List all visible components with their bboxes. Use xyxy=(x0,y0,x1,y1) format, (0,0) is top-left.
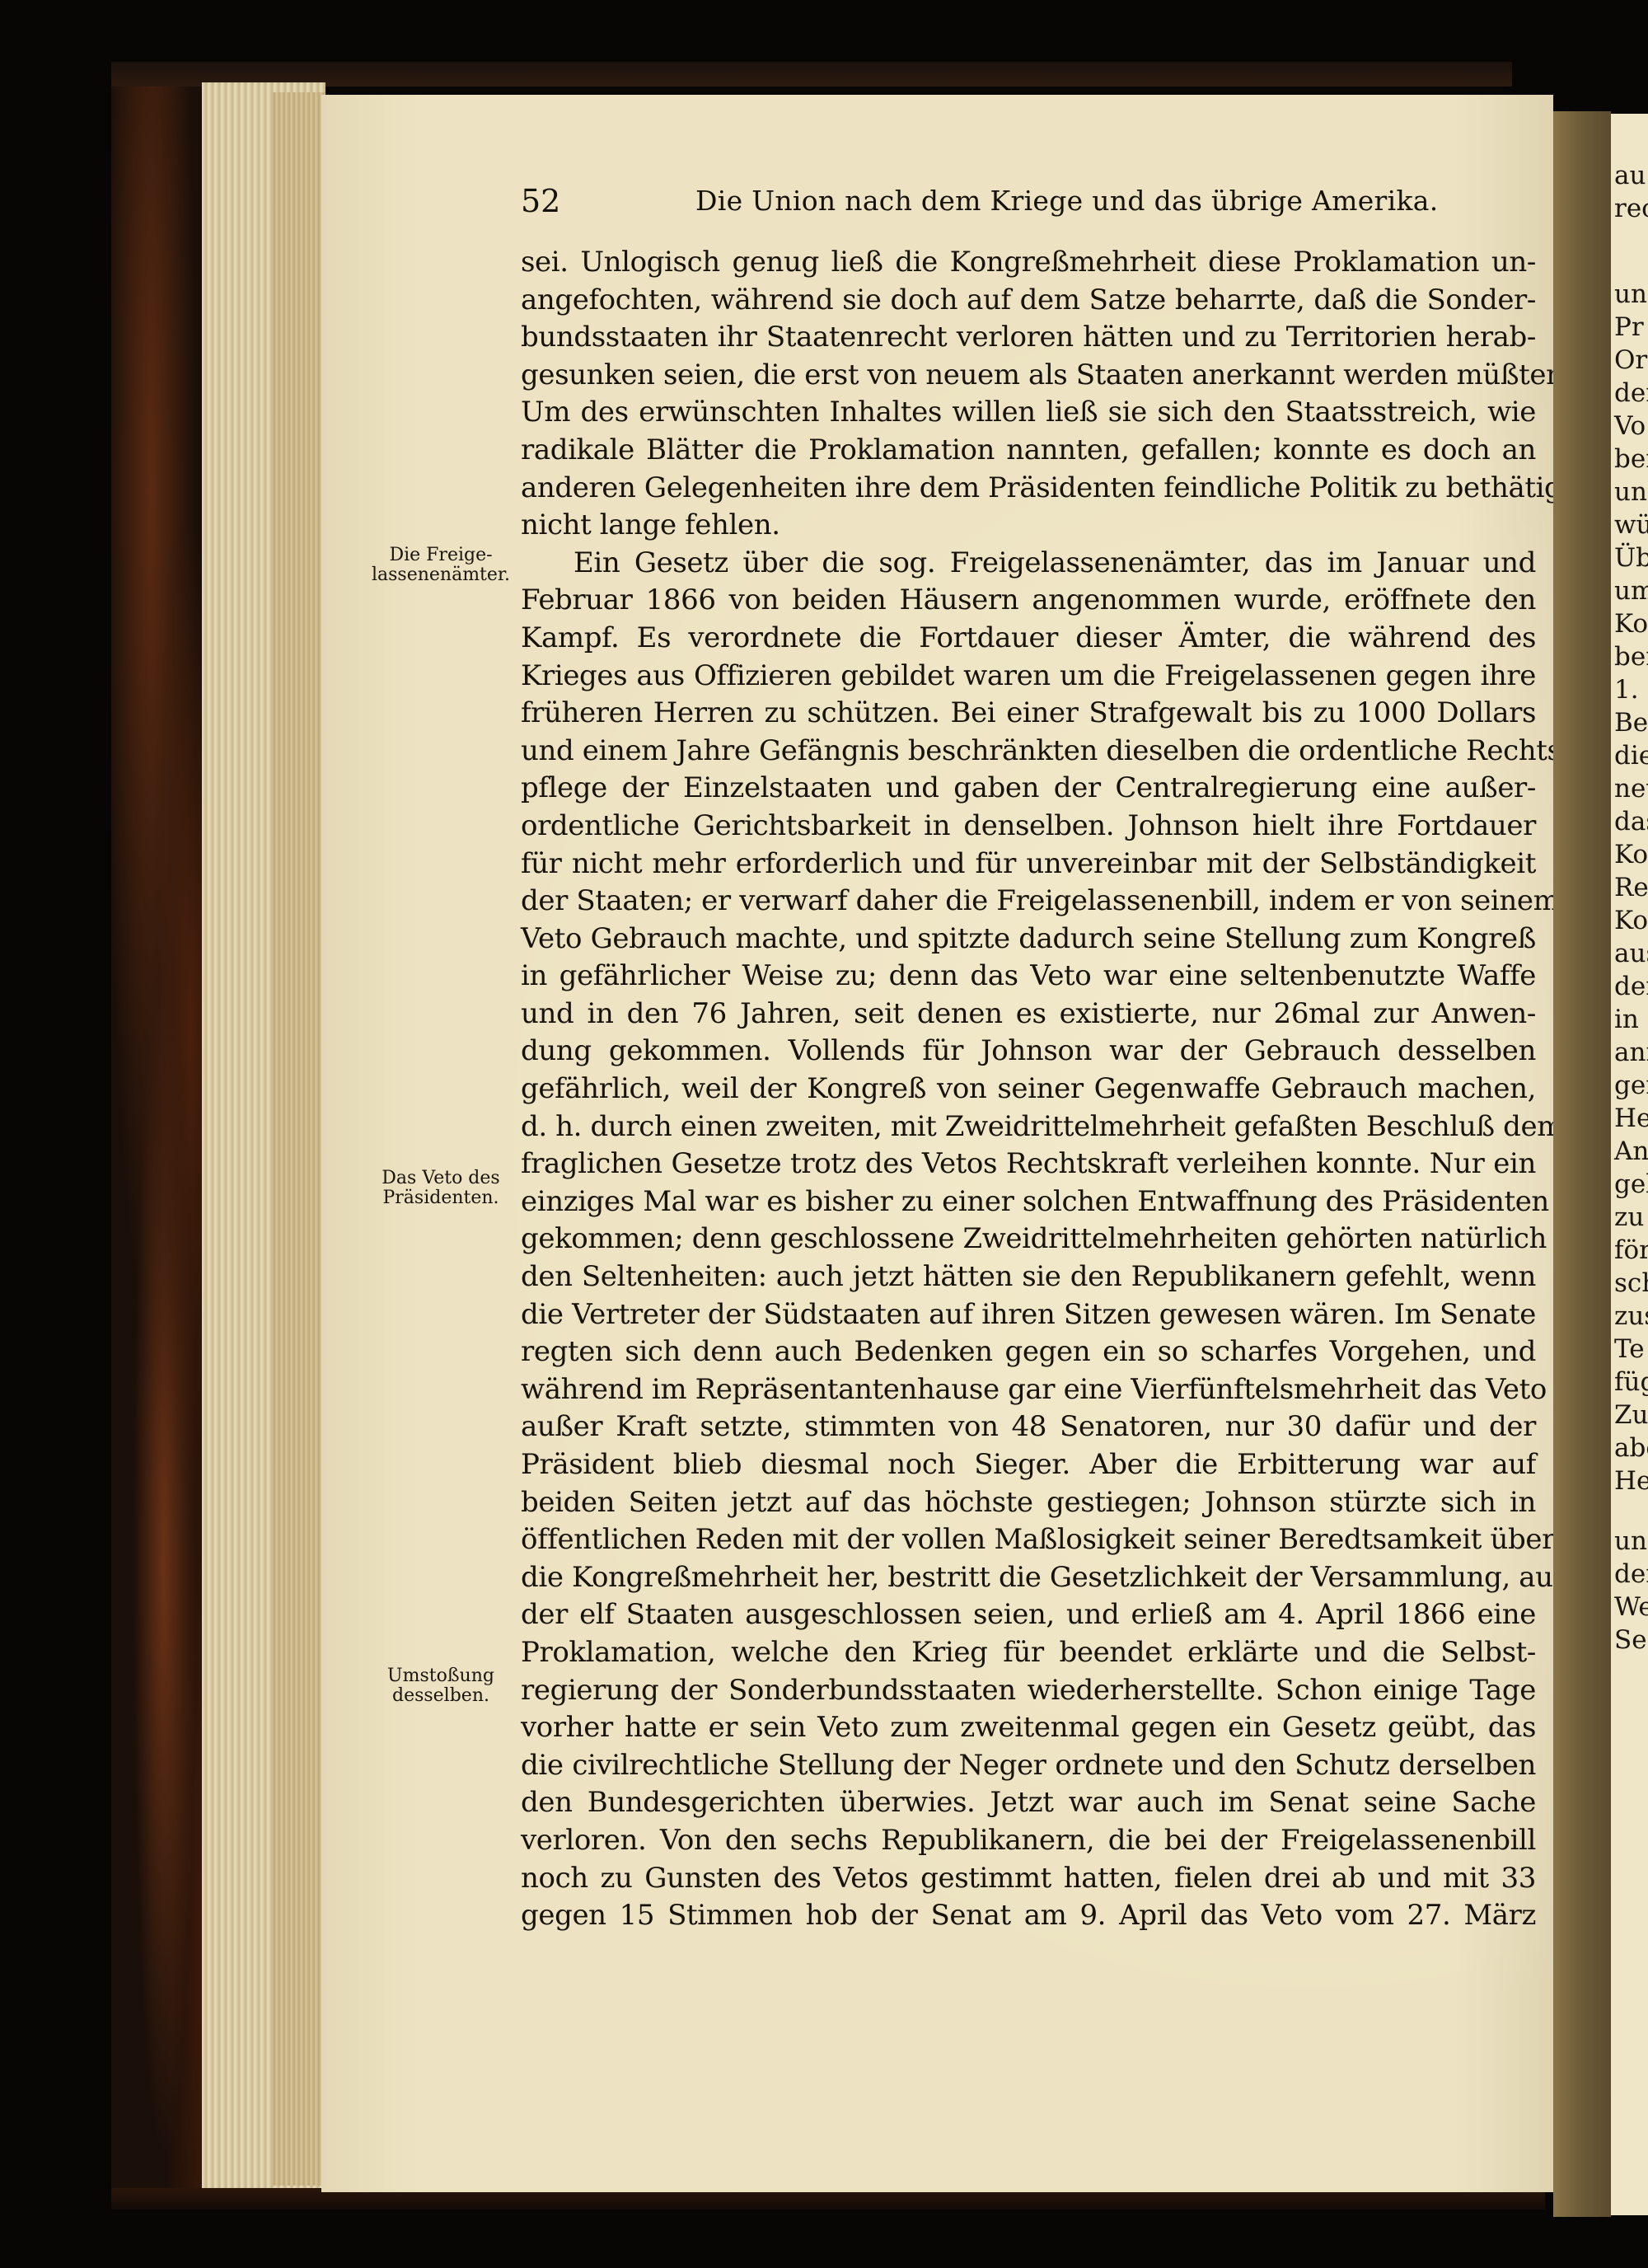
facing-page-text-fragment: Te xyxy=(1614,1337,1645,1362)
facing-page-text-fragment: Pr xyxy=(1614,315,1644,340)
text-line: ordentliche Gerichtsbarkeit in denselben… xyxy=(521,808,1536,846)
text-line: der elf Staaten ausgeschlossen seien, un… xyxy=(521,1596,1536,1634)
text-line: anderen Gelegenheiten ihre dem Präsident… xyxy=(521,470,1536,508)
text-line: für nicht mehr erforderlich und für unve… xyxy=(521,846,1536,883)
facing-page-text-fragment: die xyxy=(1614,743,1648,769)
text-line: öffentlichen Reden mit der vollen Maßlos… xyxy=(521,1521,1536,1559)
text-line: Veto Gebrauch machte, und spitzte dadurc… xyxy=(521,921,1536,958)
margin-note-line: Umstoßung xyxy=(363,1666,519,1686)
facing-page-fragment: aurecunPrOrderVoberunwüÜbumKober1. LBedi… xyxy=(1611,114,1648,2215)
running-title: Die Union nach dem Kriege und das übrige… xyxy=(695,185,1439,217)
text-line: früheren Herren zu schützen. Bei einer S… xyxy=(521,695,1536,733)
text-line: angefochten, während sie doch auf dem Sa… xyxy=(521,282,1536,320)
text-line: Kampf. Es verordnete die Fortdauer diese… xyxy=(521,620,1536,658)
text-line: Krieges aus Offizieren gebildet waren um… xyxy=(521,658,1536,696)
facing-page-text-fragment: 1. L xyxy=(1614,677,1648,703)
facing-page-text-fragment: ber xyxy=(1614,644,1648,670)
facing-page-text-fragment: zus xyxy=(1614,1304,1648,1329)
facing-page-text-fragment: sche xyxy=(1614,1271,1648,1296)
facing-page-text-fragment: ber xyxy=(1614,447,1648,472)
text-line-paragraph-start: Ein Gesetz über die sog. Freigelassenenä… xyxy=(521,545,1536,583)
facing-page-text-fragment: der xyxy=(1614,381,1648,406)
facing-page-text-fragment: geb xyxy=(1614,1172,1648,1197)
facing-page-text-fragment: der xyxy=(1614,974,1648,1000)
facing-page-text-fragment: Zu xyxy=(1614,1403,1648,1428)
text-line: noch zu Gunsten des Vetos gestimmt hatte… xyxy=(521,1860,1536,1898)
text-line: fraglichen Gesetze trotz des Vetos Recht… xyxy=(521,1146,1536,1183)
page-block-edges xyxy=(202,82,325,2192)
text-line: und einem Jahre Gefängnis beschränkten d… xyxy=(521,733,1536,771)
text-line: Um des erwünschten Inhaltes willen ließ … xyxy=(521,394,1536,432)
facing-page-text-fragment: Se xyxy=(1614,1628,1647,1653)
facing-page-text-fragment: das xyxy=(1614,809,1648,835)
margin-note-line: Das Veto des xyxy=(363,1169,519,1188)
text-line: pflege der Einzelstaaten und gaben der C… xyxy=(521,770,1536,808)
facing-page-text-fragment: Or xyxy=(1614,348,1647,373)
facing-page-text-fragment: wü xyxy=(1614,513,1648,538)
text-line: gekommen; denn geschlossene Zweidrittelm… xyxy=(521,1221,1536,1258)
text-line: bundsstaaten ihr Staatenrecht verloren h… xyxy=(521,319,1536,357)
text-line: der Staaten; er verwarf daher die Freige… xyxy=(521,883,1536,921)
text-line: den Seltenheiten: auch jetzt hätten sie … xyxy=(521,1258,1536,1296)
text-line: regten sich denn auch Bedenken gegen ein… xyxy=(521,1333,1536,1371)
body-text: sei. Unlogisch genug ließ die Kongreßmeh… xyxy=(521,244,1536,1935)
text-line: außer Kraft setzte, stimmten von 48 Sena… xyxy=(521,1408,1536,1446)
text-line: vorher hatte er sein Veto zum zweitenmal… xyxy=(521,1709,1536,1747)
facing-page-text-fragment: aus xyxy=(1614,941,1648,967)
facing-page-text-fragment: neu xyxy=(1614,776,1648,802)
text-line: und in den 76 Jahren, seit denen es exis… xyxy=(521,996,1536,1033)
text-line: sei. Unlogisch genug ließ die Kongreßmeh… xyxy=(521,244,1536,282)
text-line: während im Repräsentantenhause gar eine … xyxy=(521,1371,1536,1409)
text-line: beiden Seiten jetzt auf das höchste gest… xyxy=(521,1484,1536,1522)
running-head: 52 Die Union nach dem Kriege und das übr… xyxy=(521,183,1534,224)
facing-page-text-fragment: Ko xyxy=(1614,612,1648,637)
facing-page-text-fragment: un xyxy=(1614,282,1647,307)
margin-note-line: desselben. xyxy=(363,1686,519,1706)
facing-page-text-fragment: Hei xyxy=(1614,1469,1648,1494)
text-line: dung gekommen. Vollends für Johnson war … xyxy=(521,1033,1536,1071)
facing-page-text-fragment: abe xyxy=(1614,1436,1648,1461)
facing-page-text-fragment: An xyxy=(1614,1139,1648,1164)
text-line: in gefährlicher Weise zu; denn das Veto … xyxy=(521,958,1536,996)
text-line: radikale Blätter die Proklamation nannte… xyxy=(521,432,1536,470)
facing-page-text-fragment: um xyxy=(1614,579,1648,604)
facing-page-text-fragment: Vo xyxy=(1614,414,1646,439)
facing-page-text-fragment: Ko xyxy=(1614,908,1648,934)
facing-page-text-fragment: füg xyxy=(1614,1370,1648,1395)
facing-page-text-fragment: un xyxy=(1614,1529,1647,1554)
facing-page-text-fragment: Ko xyxy=(1614,842,1648,868)
facing-page-text-fragment: Re xyxy=(1614,875,1648,901)
margin-note-line: Präsidenten. xyxy=(363,1188,519,1208)
text-line: einziges Mal war es bisher zu einer solc… xyxy=(521,1183,1536,1221)
facing-page-text-fragment: Hei xyxy=(1614,1106,1648,1132)
page-number: 52 xyxy=(521,183,560,219)
text-line: nicht lange fehlen. xyxy=(521,507,1536,545)
text-line: gesunken seien, die erst von neuem als S… xyxy=(521,357,1536,395)
page-block-inner-edges xyxy=(272,92,325,2186)
text-line: d. h. durch einen zweiten, mit Zweidritt… xyxy=(521,1108,1536,1146)
margin-note-line: lassenenämter. xyxy=(363,565,519,585)
text-line: verloren. Von den sechs Republikanern, d… xyxy=(521,1822,1536,1860)
facing-page-text-fragment: Be xyxy=(1614,710,1648,736)
facing-page-text-fragment: gen xyxy=(1614,1073,1648,1099)
facing-page-text-fragment: Üb xyxy=(1614,546,1648,571)
facing-page-text-fragment: zu xyxy=(1614,1205,1644,1230)
facing-page-text-fragment: au xyxy=(1614,163,1646,189)
text-line: die Vertreter der Südstaaten auf ihren S… xyxy=(521,1296,1536,1334)
text-line: gegen 15 Stimmen hob der Senat am 9. Apr… xyxy=(521,1897,1536,1935)
text-line: Februar 1866 von beiden Häusern angenomm… xyxy=(521,582,1536,620)
facing-page-text-fragment: ann xyxy=(1614,1040,1648,1066)
text-line: den Bundesgerichten überwies. Jetzt war … xyxy=(521,1784,1536,1822)
facing-page-text-fragment: den xyxy=(1614,1562,1648,1587)
book-gutter-shadow xyxy=(1553,111,1611,2217)
margin-note-veto-des-praesidenten: Das Veto des Präsidenten. xyxy=(363,1169,519,1208)
text-line: gefährlich, weil der Kongreß von seiner … xyxy=(521,1071,1536,1108)
margin-note-freigelassenenaemter: Die Freige- lassenenämter. xyxy=(363,546,519,585)
text-line: Proklamation, welche den Krieg für beend… xyxy=(521,1634,1536,1672)
facing-page-text-fragment: för xyxy=(1614,1238,1648,1263)
margin-note-line: Die Freige- xyxy=(363,546,519,565)
text-line: Präsident blieb diesmal noch Sieger. Abe… xyxy=(521,1446,1536,1484)
facing-page-text-fragment: in xyxy=(1614,1007,1639,1033)
text-line: regierung der Sonderbundsstaaten wiederh… xyxy=(521,1672,1536,1710)
text-line: die civilrechtliche Stellung der Neger o… xyxy=(521,1747,1536,1785)
text-line: die Kongreßmehrheit her, bestritt die Ge… xyxy=(521,1559,1536,1597)
facing-page-text-fragment: rec xyxy=(1614,196,1648,222)
facing-page-text-fragment: un xyxy=(1614,480,1647,505)
facing-page-text-fragment: We xyxy=(1614,1595,1648,1620)
margin-note-umstossung: Umstoßung desselben. xyxy=(363,1666,519,1706)
